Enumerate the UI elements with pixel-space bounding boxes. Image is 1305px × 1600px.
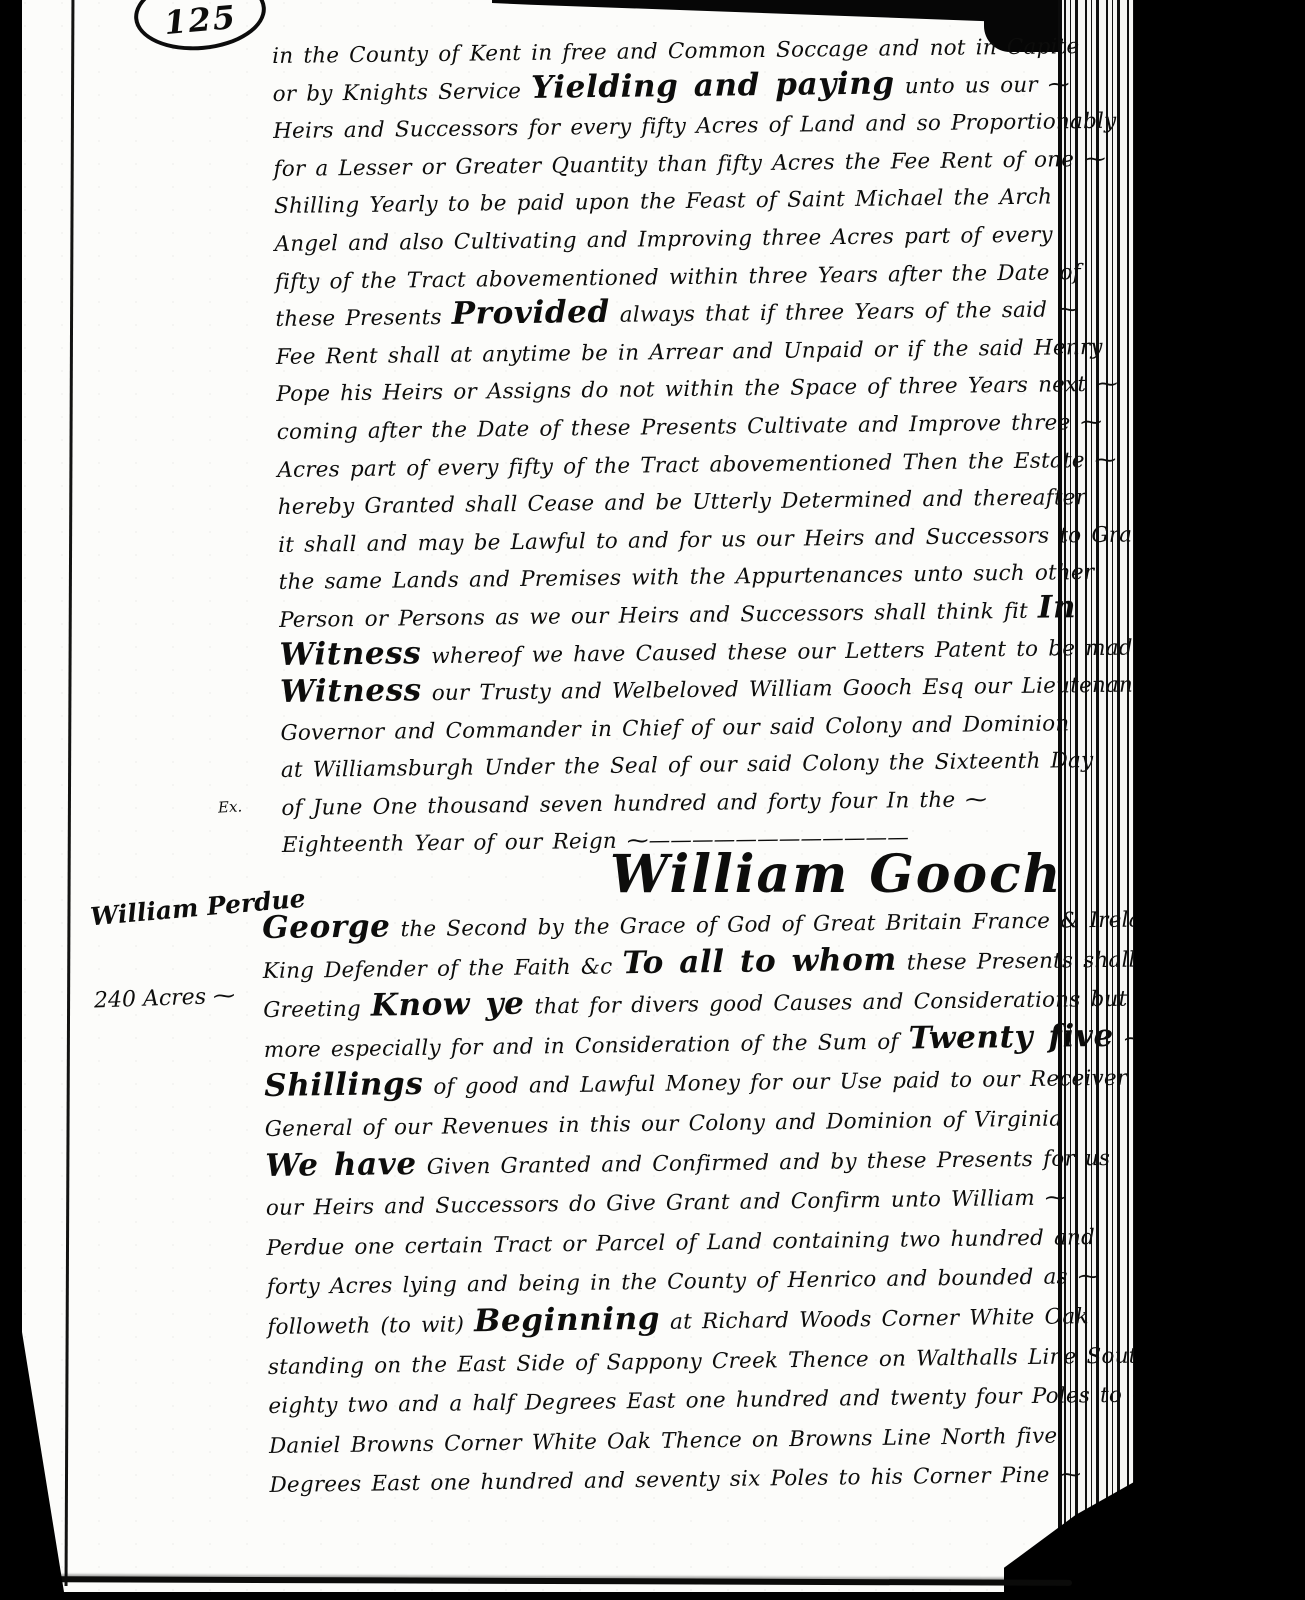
page-number: 125 — [161, 0, 238, 42]
emphasized-script-segment: Twenty five — [908, 1018, 1114, 1057]
manuscript-text-segment: Person or Persons as we our Heirs and Su… — [279, 599, 1038, 633]
manuscript-text-segment: Angel and also Cultivating and Improving… — [274, 222, 1053, 257]
manuscript-text-segment: of June One thousand seven hundred and f… — [281, 787, 987, 821]
page-number-oval: 125 — [131, 0, 269, 56]
manuscript-text-segment: fifty of the Tract abovementioned within… — [275, 260, 1081, 295]
manuscript-text-segment: always that if three Years of the said ⁓ — [610, 297, 1079, 328]
emphasized-script-segment: Provided — [452, 294, 610, 332]
manuscript-text-segment: King Defender of the Faith &c — [263, 954, 623, 984]
manuscript-text-segment: forty Acres lying and being in the Count… — [267, 1264, 1100, 1300]
manuscript-text-segment: for a Lesser or Greater Quantity than fi… — [273, 147, 1106, 182]
manuscript-text-segment: Shilling Yearly to be paid upon the Feas… — [274, 185, 1052, 220]
page-bottom-edge-smudge — [26, 1576, 1072, 1586]
manuscript-text-segment: Fee Rent shall at anytime be in Arrear a… — [276, 335, 1103, 370]
manuscript-text-segment: our Heirs and Successors do Give Grant a… — [266, 1186, 1067, 1221]
emphasized-script-segment: Witness — [280, 672, 422, 710]
manuscript-text-segment: that for divers good Causes and Consider… — [524, 986, 1134, 1019]
manuscript-text-segment: ⁓ — [1114, 1026, 1134, 1051]
manuscript-text-segment: Acres part of every fifty of the Tract a… — [277, 447, 1116, 482]
emphasized-script-segment: Beginning — [474, 1301, 660, 1339]
manuscript-text-segment: or by Knights Service — [273, 78, 532, 106]
manuscript-text-segment: General of our Revenues in this our Colo… — [265, 1107, 1063, 1142]
emphasized-script-segment: Yielding and paying — [531, 65, 895, 105]
manuscript-text-segment: Perdue one certain Tract or Parcel of La… — [266, 1225, 1095, 1261]
patent-perdue-text: George the Second by the Grace of God of… — [262, 901, 1082, 1505]
emphasized-script-segment: Shillings — [264, 1066, 424, 1104]
manuscript-text-segment: Degrees East one hundred and seventy six… — [269, 1463, 1081, 1499]
emphasized-script-segment: To all to whom — [622, 941, 897, 981]
manuscript-text-segment: coming after the Date of these Presents … — [277, 410, 1103, 445]
manuscript-text-segment: Daniel Browns Corner White Oak Thence on… — [269, 1423, 1058, 1458]
emphasized-script-segment: George — [262, 908, 391, 946]
manuscript-text-segment: Greeting — [263, 997, 371, 1023]
bottom-left-corner-shadow — [22, 1332, 64, 1592]
manuscript-text-segment: Heirs and Successors for every fifty Acr… — [273, 109, 1117, 144]
manuscript-text-segment: these Presents — [275, 305, 452, 332]
manuscript-text-segment: the same Lands and Premises with the App… — [279, 560, 1095, 595]
governor-signature: William Gooch — [610, 844, 1063, 905]
manuscript-text-segment: the Second by the Grace of God of Great … — [390, 907, 1134, 942]
manuscript-text-segment: hereby Granted shall Cease and be Utterl… — [278, 485, 1087, 520]
manuscript-text-segment: followeth (to wit) — [267, 1312, 474, 1340]
emphasized-script-segment: Witness — [279, 635, 421, 673]
manuscript-text-segment: unto us our ⁓ — [895, 72, 1070, 99]
emphasized-script-segment: We have — [265, 1146, 417, 1184]
manuscript-text-segment: whereof we have Caused these our Letters… — [421, 634, 1134, 668]
manuscript-text-segment: it shall and may be Lawful to and for us… — [278, 522, 1134, 558]
emphasized-script-segment: Know ye — [371, 986, 525, 1024]
patent-pope-text: in the County of Kent in free and Common… — [272, 28, 1082, 865]
manuscript-text-segment: eighty two and a half Degrees East one h… — [268, 1382, 1134, 1419]
manuscript-text-segment: Given Granted and Confirmed and by these… — [417, 1145, 1111, 1179]
manuscript-text-segment: at Williamsburgh Under the Seal of our s… — [281, 748, 1094, 783]
manuscript-text-segment: our Trusty and Welbeloved William Gooch … — [422, 672, 1134, 706]
manuscript-text-segment: Pope his Heirs or Assigns do not within … — [276, 372, 1118, 407]
manuscript-text-segment: in the County of Kent in free and Common… — [272, 34, 1079, 69]
manuscript-text-segment: of good and Lawful Money for our Use pai… — [423, 1066, 1127, 1100]
manuscript-page-scan: 125 in the County of Kent in free and Co… — [22, 0, 1134, 1592]
manuscript-text-segment: Governor and Commander in Chief of our s… — [280, 711, 1069, 746]
examined-mark: Ex. — [218, 797, 243, 816]
manuscript-text-segment: more especially for and in Consideration… — [264, 1029, 909, 1062]
manuscript-text-segment: these Presents shall come — [897, 946, 1134, 975]
manuscript-text-segment: at Richard Woods Corner White Oak — [660, 1304, 1089, 1335]
emphasized-script-segment: In — [1038, 589, 1077, 625]
manuscript-text-segment: standing on the East Side of Sappony Cre… — [268, 1343, 1134, 1380]
binding-edge-line — [65, 0, 75, 1586]
margin-note-acreage: 240 Acres ⁓ — [94, 984, 236, 1014]
